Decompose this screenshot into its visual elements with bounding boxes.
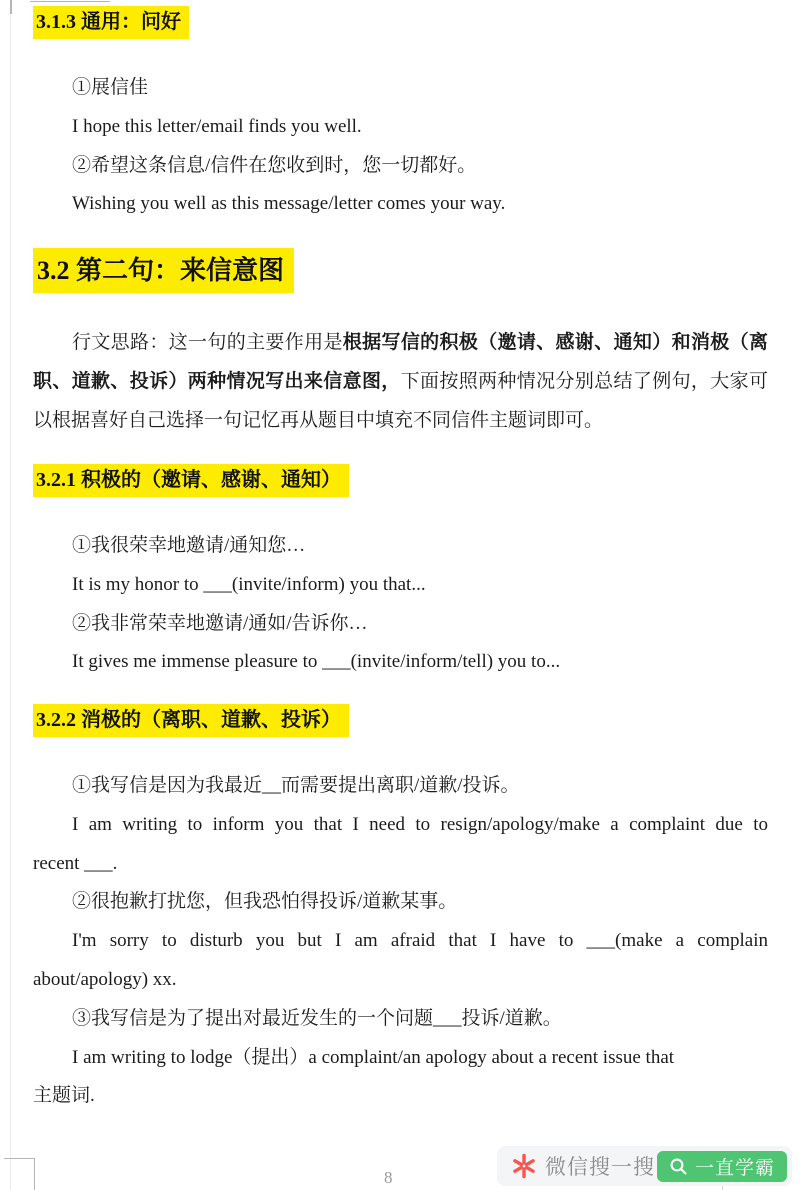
intro-paragraph: 行文思路：这一句的主要作用是根据写信的积极（邀请、感谢、通知）和消极（离职、道歉… bbox=[33, 324, 768, 440]
heading-3-1-3: 3.1.3 通用：问好 bbox=[33, 6, 189, 39]
negative-en-2-line1: I'm sorry to disturb you but I am afraid… bbox=[33, 922, 768, 961]
crop-mark-bottom-vertical bbox=[34, 1158, 35, 1190]
page-number: 8 bbox=[384, 1168, 393, 1188]
wechat-search-label: 微信搜一搜 bbox=[545, 1151, 655, 1181]
heading-3-1-3-text: 3.1.3 通用：问好 bbox=[36, 11, 181, 33]
negative-en-1-line1: I am writing to inform you that I need t… bbox=[33, 806, 768, 845]
negative-en-1-line2: recent ___. bbox=[33, 845, 768, 884]
heading-3-2-1: 3.2.1 积极的（邀请、感谢、通知） bbox=[33, 464, 349, 497]
heading-3-2-2: 3.2.2 消极的（离职、道歉、投诉） bbox=[33, 704, 349, 737]
crop-mark-top-vertical bbox=[10, 0, 12, 14]
wechat-search-widget: 微信搜一搜 一直学霸 bbox=[497, 1146, 792, 1186]
positive-cn-2: ②我非常荣幸地邀请/通如/告诉你… bbox=[33, 605, 768, 644]
account-name-label: 一直学霸 bbox=[695, 1153, 775, 1180]
greeting-en-1: I hope this letter/email finds you well. bbox=[33, 108, 768, 147]
positive-section: ①我很荣幸地邀请/通知您… It is my honor to ___(invi… bbox=[33, 527, 768, 682]
positive-cn-1: ①我很荣幸地邀请/通知您… bbox=[33, 527, 768, 566]
greeting-cn-1: ①展信佳 bbox=[33, 69, 768, 108]
heading-3-2: 3.2 第二句：来信意图 bbox=[33, 248, 294, 293]
heading-3-2-2-text: 3.2.2 消极的（离职、道歉、投诉） bbox=[36, 709, 341, 731]
crop-mark-bottom-horizontal bbox=[4, 1158, 35, 1159]
greeting-en-2: Wishing you well as this message/letter … bbox=[33, 185, 768, 224]
cursor-artifact bbox=[722, 1186, 723, 1190]
intro-normal-1: 行文思路：这一句的主要作用是 bbox=[72, 332, 343, 353]
negative-cn-2: ②很抱歉打扰您，但我恐怕得投诉/道歉某事。 bbox=[33, 883, 768, 922]
search-icon bbox=[669, 1157, 688, 1176]
negative-section: ①我写信是因为我最近__而需要提出离职/道歉/投诉。 I am writing … bbox=[33, 767, 768, 1116]
greeting-cn-2: ②希望这条信息/信件在您收到时，您一切都好。 bbox=[33, 147, 768, 186]
negative-en-2-line2: about/apology) xx. bbox=[33, 961, 768, 1000]
crop-mark-top-horizontal bbox=[30, 1, 110, 2]
negative-cn-1: ①我写信是因为我最近__而需要提出离职/道歉/投诉。 bbox=[33, 767, 768, 806]
negative-en-3-line1: I am writing to lodge（提出）a complaint/an … bbox=[33, 1039, 768, 1078]
greeting-section: ①展信佳 I hope this letter/email finds you … bbox=[33, 69, 768, 224]
negative-en-3-line2: 主题词. bbox=[33, 1077, 768, 1116]
account-search-button[interactable]: 一直学霸 bbox=[657, 1151, 787, 1182]
page-left-edge bbox=[10, 0, 11, 1190]
negative-cn-3: ③我写信是为了提出对最近发生的一个问题___投诉/道歉。 bbox=[33, 1000, 768, 1039]
heading-3-2-1-text: 3.2.1 积极的（邀请、感谢、通知） bbox=[36, 469, 341, 491]
positive-en-2: It gives me immense pleasure to ___(invi… bbox=[33, 643, 768, 682]
positive-en-1: It is my honor to ___(invite/inform) you… bbox=[33, 566, 768, 605]
wechat-search-logo-icon bbox=[511, 1153, 537, 1179]
heading-3-2-text: 3.2 第二句：来信意图 bbox=[37, 256, 284, 285]
